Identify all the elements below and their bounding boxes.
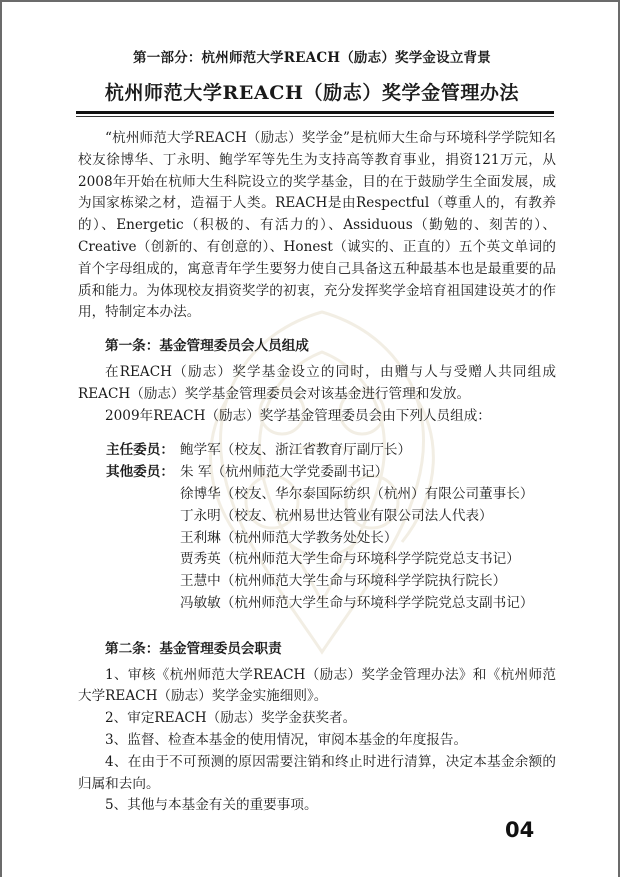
article-1-paragraph: 在REACH（励志）奖学基金设立的同时，由赠与人与受赠人共同组成REACH（励志… [78,362,556,406]
title-rule-thick [76,111,554,114]
article-2-heading: 第二条：基金管理委员会职责 [105,639,556,661]
member: 贾秀英（杭州师范大学生命与环境科学学院党总支书记） [180,549,556,571]
document-body: “杭州师范大学REACH（励志）奖学金”是杭师大生命与环境科学学院知名校友徐博华… [78,128,556,817]
member: 王慧中（杭州师范大学生命与环境科学学院执行院长） [180,571,556,593]
document-title: 杭州师范大学REACH（励志）奖学金管理办法 [2,78,620,105]
section-heading: 第一部分：杭州师范大学REACH（励志）奖学金设立背景 [2,46,620,66]
article-1-paragraph: 2009年REACH（励志）奖学基金管理委员会由下列人员组成： [78,406,556,428]
member: 冯敏敏（杭州师范大学生命与环境科学学院党总支副书记） [180,593,556,615]
duty-item: 2、审定REACH（励志）奖学金获奖者。 [78,708,556,730]
member: 朱 军（杭州师范大学党委副书记） [180,462,556,484]
member: 徐博华（校友、华尔泰国际纺织（杭州）有限公司董事长） [180,484,556,506]
duty-item: 1、审核《杭州师范大学REACH（励志）奖学金管理办法》和《杭州师范大学REAC… [78,665,556,709]
spacer [78,615,556,629]
intro-paragraph: “杭州师范大学REACH（励志）奖学金”是杭师大生命与环境科学学院知名校友徐博华… [78,128,556,324]
chair-member-row: 主任委员： 鲍学军（校友、浙江省教育厅副厅长） [78,440,556,462]
duty-item: 3、监督、检查本基金的使用情况，审阅本基金的年度报告。 [78,730,556,752]
document-page: 第一部分：杭州师范大学REACH（励志）奖学金设立背景 杭州师范大学REACH（… [0,0,620,877]
duty-item: 5、其他与本基金有关的重要事项。 [78,795,556,817]
chair-label: 主任委员： [106,440,180,462]
member: 王利琳（杭州师范大学教务处处长） [180,528,556,550]
duty-item: 4、在由于不可预测的原因需要注销和终止时进行清算，决定本基金余额的归属和去向。 [78,752,556,796]
committee-members: 主任委员： 鲍学军（校友、浙江省教育厅副厅长） 其他委员： 朱 军（杭州师范大学… [78,440,556,614]
other-member-row: 其他委员： 朱 军（杭州师范大学党委副书记） [78,462,556,484]
article-1-heading: 第一条：基金管理委员会人员组成 [105,336,556,358]
member: 丁永明（校友、杭州易世达管业有限公司法人代表） [180,506,556,528]
title-rule-thin [76,116,554,117]
others-label: 其他委员： [106,462,180,484]
chair-member: 鲍学军（校友、浙江省教育厅副厅长） [180,440,556,462]
page-number: 04 [505,818,534,842]
